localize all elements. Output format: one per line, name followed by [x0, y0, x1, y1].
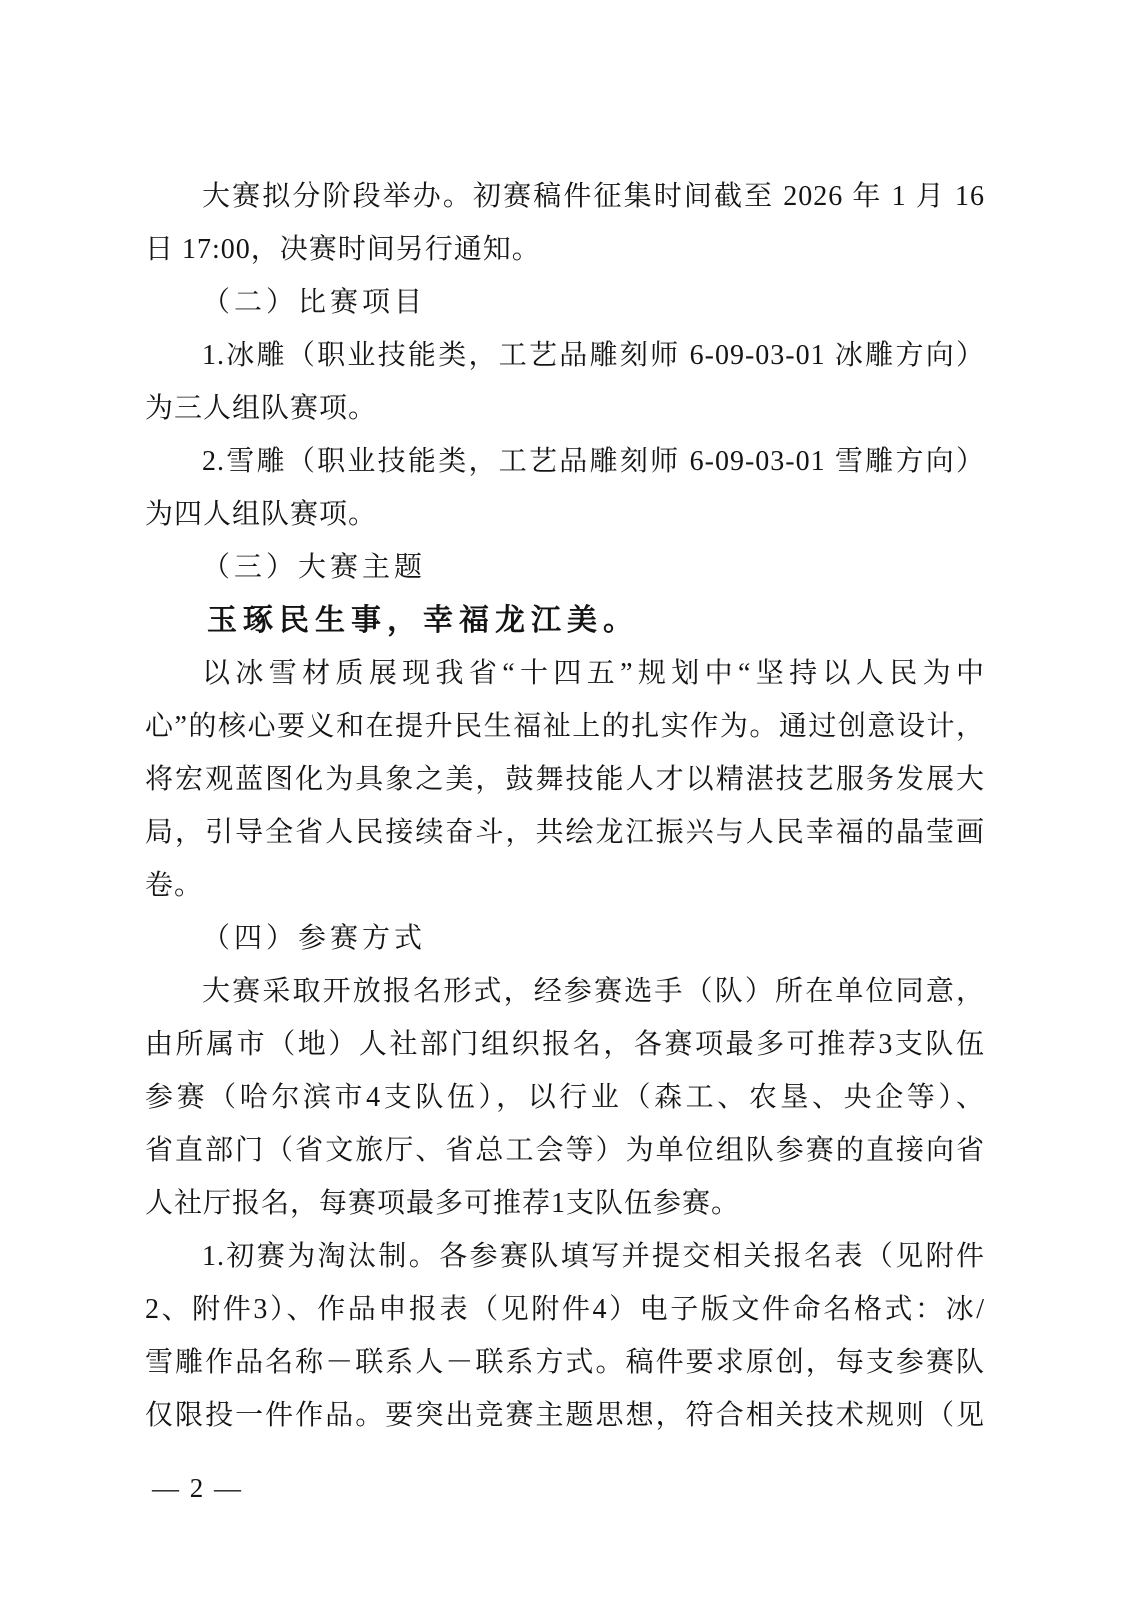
text-line: 以冰雪材质展现我省“十四五”规划中“坚持以人民为中	[145, 647, 985, 700]
section-heading: （四）参赛方式	[145, 912, 985, 965]
text-line: 为三人组队赛项。	[145, 382, 985, 435]
text-line: 雪雕作品名称－联系人－联系方式。稿件要求原创，每支参赛队	[145, 1336, 985, 1389]
document-page: 大赛拟分阶段举办。初赛稿件征集时间截至 2026 年 1 月 16日 17:00…	[0, 0, 1131, 1600]
text-line: 仅限投一件作品。要突出竞赛主题思想，符合相关技术规则（见	[145, 1389, 985, 1442]
text-line: 卷。	[145, 859, 985, 912]
text-line: 2、附件3）、作品申报表（见附件4）电子版文件命名格式：冰/	[145, 1283, 985, 1336]
text-line: 大赛拟分阶段举办。初赛稿件征集时间截至 2026 年 1 月 16	[145, 170, 985, 223]
text-line: 日 17:00，决赛时间另行通知。	[145, 223, 985, 276]
text-line: 参赛（哈尔滨市4支队伍），以行业（森工、农垦、央企等）、	[145, 1071, 985, 1124]
section-heading: （三）大赛主题	[145, 541, 985, 594]
page-number-footer: — 2 —	[152, 1462, 243, 1515]
text-line: 局，引导全省人民接续奋斗，共绘龙江振兴与人民幸福的晶莹画	[145, 806, 985, 859]
text-line: 2.雪雕（职业技能类，工艺品雕刻师 6-09-03-01 雪雕方向）	[145, 435, 985, 488]
text-line: 由所属市（地）人社部门组织报名，各赛项最多可推荐3支队伍	[145, 1018, 985, 1071]
text-line: 将宏观蓝图化为具象之美，鼓舞技能人才以精湛技艺服务发展大	[145, 753, 985, 806]
text-line: 省直部门（省文旅厅、省总工会等）为单位组队参赛的直接向省	[145, 1124, 985, 1177]
text-line: 1.初赛为淘汰制。各参赛队填写并提交相关报名表（见附件	[145, 1230, 985, 1283]
text-line: 为四人组队赛项。	[145, 488, 985, 541]
text-line: 心”的核心要义和在提升民生福祉上的扎实作为。通过创意设计，	[145, 700, 985, 753]
text-line: 大赛采取开放报名形式，经参赛选手（队）所在单位同意，	[145, 965, 985, 1018]
document-text: 大赛拟分阶段举办。初赛稿件征集时间截至 2026 年 1 月 16日 17:00…	[145, 170, 985, 1442]
text-line: 人社厅报名，每赛项最多可推荐1支队伍参赛。	[145, 1177, 985, 1230]
section-heading: （二）比赛项目	[145, 276, 985, 329]
theme-statement: 玉琢民生事，幸福龙江美。	[145, 594, 985, 647]
text-line: 1.冰雕（职业技能类，工艺品雕刻师 6-09-03-01 冰雕方向）	[145, 329, 985, 382]
